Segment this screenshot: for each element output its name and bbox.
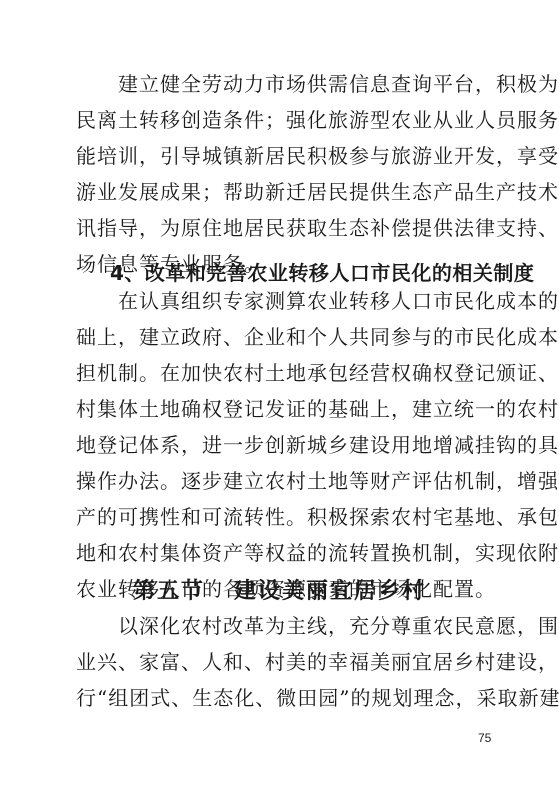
- text-line: 以深化农村改革为主线，充分尊重农民意愿，围绕: [118, 608, 500, 644]
- text-line: 地登记体系，进一步创新城乡建设用地增减挂钩的具体: [76, 427, 500, 463]
- text-line: 行“组团式、生态化、微田园”的规划理念，采取新建: [76, 680, 500, 716]
- text-line: 地和农村集体资产等权益的流转置换机制，实现依附于: [76, 535, 500, 571]
- text-line: 业兴、家富、人和、村美的幸福美丽宜居乡村建设，推: [76, 644, 500, 680]
- text-line: 建立健全劳动力市场供需信息查询平台，积极为农: [118, 66, 500, 102]
- text-line: 产的可携性和可流转性。积极探索农村宅基地、承包土: [76, 499, 500, 535]
- text-line: 操作办法。逐步建立农村土地等财产评估机制，增强资: [76, 463, 500, 499]
- text-line: 游业发展成果；帮助新迁居民提供生态产品生产技术资: [76, 174, 500, 210]
- text-line: 能培训，引导城镇新居民积极参与旅游业开发，享受旅: [76, 138, 500, 174]
- text-line: 在认真组织专家测算农业转移人口市民化成本的基: [118, 283, 500, 319]
- page-number: 75: [478, 731, 491, 745]
- text-line: 村集体土地确权登记发证的基础上，建立统一的农村土: [76, 391, 500, 427]
- document-page: 建立健全劳动力市场供需信息查询平台，积极为农 民离土转移创造条件；强化旅游型农业…: [0, 0, 559, 793]
- text-line: 讯指导，为原住地居民获取生态补偿提供法律支持、市: [76, 210, 500, 246]
- text-line: 民离土转移创造条件；强化旅游型农业从业人员服务技: [76, 102, 500, 138]
- text-line: 担机制。在加快农村土地承包经营权确权登记颁证、农: [76, 355, 500, 391]
- section-title: 第五节 建设美丽宜居乡村: [0, 573, 559, 609]
- text-line: 础上，建立政府、企业和个人共同参与的市民化成本分: [76, 319, 500, 355]
